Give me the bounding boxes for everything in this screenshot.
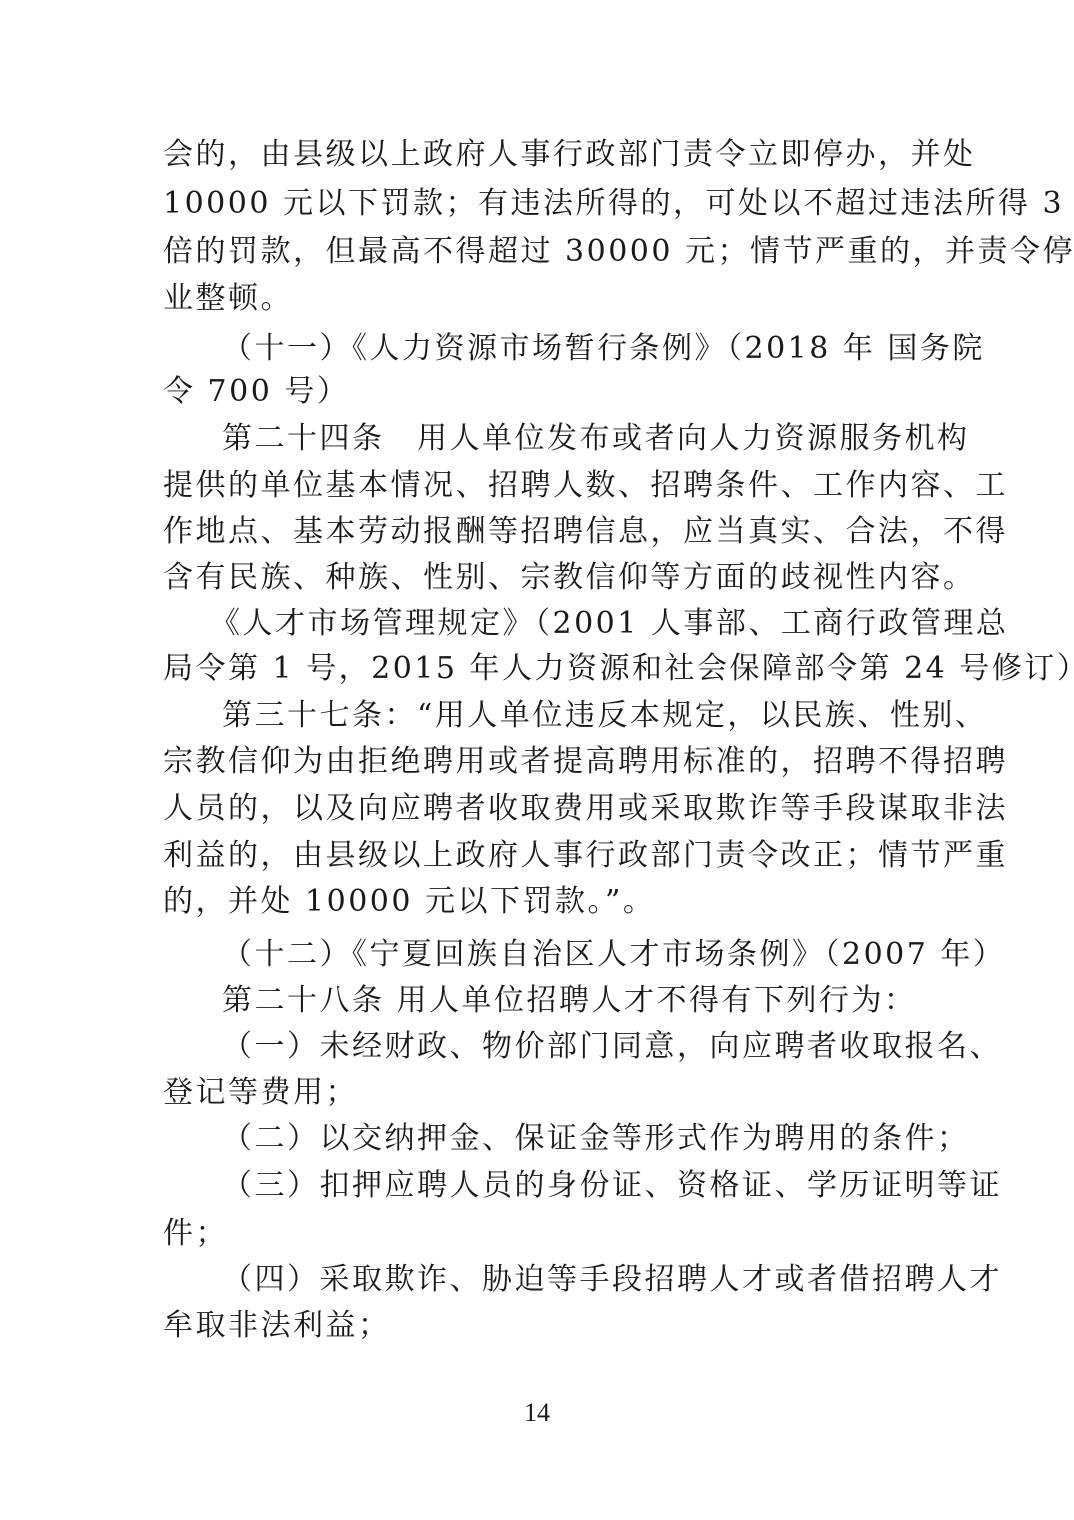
article-37-line: 第三十七条：“用人单位违反本规定，以民族、性别、 [222,696,915,736]
section-heading-11: （十一）《人力资源市场暂行条例》（2018 年 国务院 [222,329,915,369]
article-37-line: 利益的，由县级以上政府人事行政部门责令改正；情节严重 [163,836,915,876]
regulation-reference: 《人才市场管理规定》（2001 人事部、工商行政管理总 [210,604,915,644]
text-line: 会的，由县级以上政府人事行政部门责令立即停办，并处 [163,135,915,175]
section-heading-12: （十二）《宁夏回族自治区人才市场条例》（2007 年） [222,935,915,975]
article-24-line: 第二十四条 用人单位发布或者向人力资源服务机构 [222,419,915,459]
regulation-reference-cont: 局令第 1 号，2015 年人力资源和社会保障部令第 24 号修订） [163,649,915,689]
text-line: 倍的罚款，但最高不得超过 30000 元；情节严重的，并责令停 [163,232,915,272]
article-28-item-3: （三）扣押应聘人员的身份证、资格证、学历证明等证 [222,1166,915,1206]
text-line: 业整顿。 [163,279,915,319]
article-37-line: 的，并处 10000 元以下罚款。”。 [163,882,915,922]
article-24-line: 作地点、基本劳动报酬等招聘信息，应当真实、合法，不得 [163,512,915,552]
article-28-intro: 第二十八条 用人单位招聘人才不得有下列行为： [222,981,915,1021]
article-28-item-3-cont: 件； [163,1214,915,1254]
article-28-item-4: （四）采取欺诈、胁迫等手段招聘人才或者借招聘人才 [222,1260,915,1300]
page-number: 14 [0,1396,1074,1430]
article-28-item-1-cont: 登记等费用； [163,1073,915,1113]
article-28-item-1: （一）未经财政、物价部门同意，向应聘者收取报名、 [222,1027,915,1067]
article-28-item-2: （二）以交纳押金、保证金等形式作为聘用的条件； [222,1119,915,1159]
article-24-line: 提供的单位基本情况、招聘人数、招聘条件、工作内容、工 [163,466,915,506]
document-page: 会的，由县级以上政府人事行政部门责令立即停办，并处 10000 元以下罚款；有违… [0,0,1074,1520]
text-line: 10000 元以下罚款；有违法所得的，可处以不超过违法所得 3 [163,184,915,224]
article-37-line: 人员的，以及向应聘者收取费用或采取欺诈等手段谋取非法 [163,789,915,829]
article-37-line: 宗教信仰为由拒绝聘用或者提高聘用标准的，招聘不得招聘 [163,742,915,782]
article-24-line: 含有民族、种族、性别、宗教信仰等方面的歧视性内容。 [163,558,915,598]
section-heading-11-cont: 令 700 号） [163,372,915,412]
article-28-item-4-cont: 牟取非法利益； [163,1306,915,1346]
